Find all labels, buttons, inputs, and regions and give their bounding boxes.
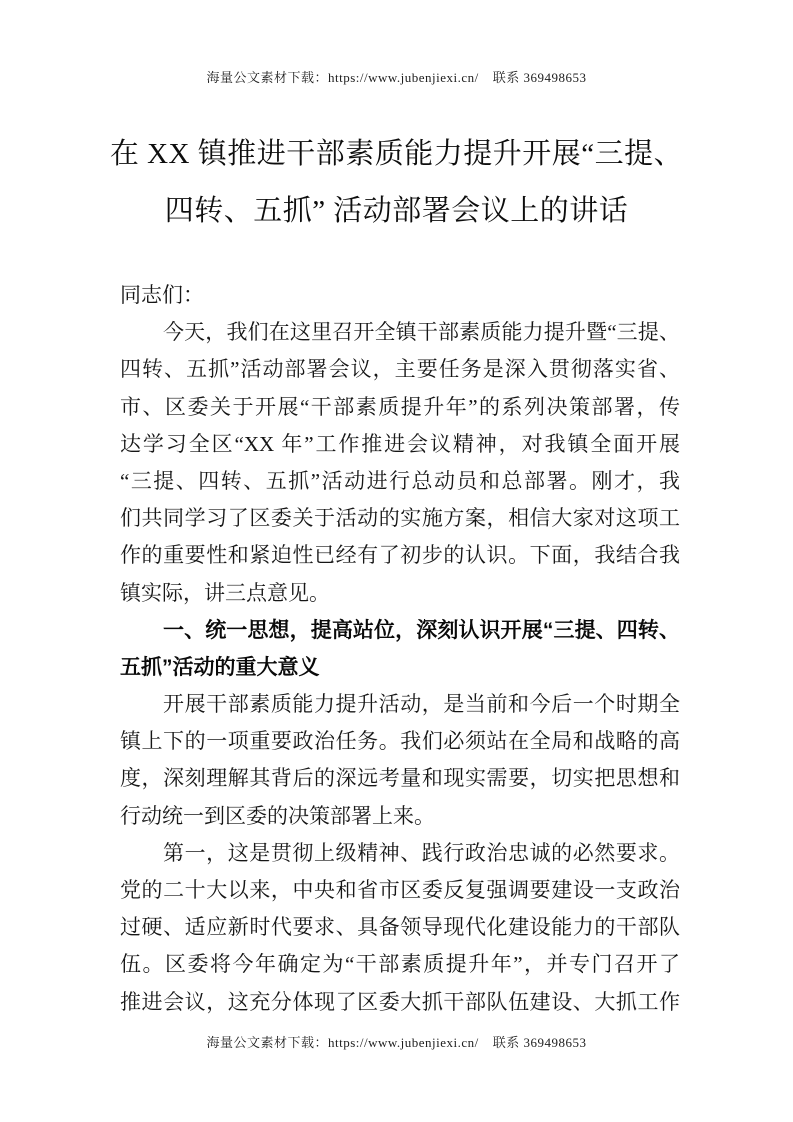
footer-source-label: 海量公文素材下载： xyxy=(206,1035,328,1050)
body-text-line: 达学习全区“XX 年”工作推进会议精神，对我镇全面开展 xyxy=(120,426,680,463)
footer-url[interactable]: https://www.jubenjiexi.cn/ xyxy=(328,1035,479,1050)
document-page: 海量公文素材下载：https://www.jubenjiexi.cn/联系 36… xyxy=(0,0,793,1122)
body-text-line: 四转、五抓”活动部署会议，主要任务是深入贯彻落实省、 xyxy=(120,351,680,388)
body-text-line: 开展干部素质能力提升活动，是当前和今后一个时期全 xyxy=(120,686,680,723)
body-text-line: 推进会议，这充分体现了区委大抓干部队伍建设、大抓工作 xyxy=(120,984,680,1021)
body-text-line: 市、区委关于开展“干部素质提升年”的系列决策部署，传 xyxy=(120,389,680,426)
body-text-line: 伍。区委将今年确定为“干部素质提升年”，并专门召开了 xyxy=(120,946,680,983)
footer-contact: 联系 369498653 xyxy=(493,1035,587,1050)
body-text-line: “三提、四转、五抓”活动进行总动员和总部署。刚才，我 xyxy=(120,463,680,500)
page-header: 海量公文素材下载：https://www.jubenjiexi.cn/联系 36… xyxy=(0,69,793,87)
body-text-line: 党的二十大以来，中央和省市区委反复强调要建设一支政治 xyxy=(120,872,680,909)
body-text-line: 度，深刻理解其背后的深远考量和现实需要，切实把思想和 xyxy=(120,760,680,797)
body-text-line: 镇上下的一项重要政治任务。我们必须站在全局和战略的高 xyxy=(120,723,680,760)
document-title: 在 XX 镇推进干部素质能力提升开展“三提、 四转、五抓” 活动部署会议上的讲话 xyxy=(56,126,737,240)
body-text-line: 行动统一到区委的决策部署上来。 xyxy=(120,798,680,835)
body-text-line: 作的重要性和紧迫性已经有了初步的认识。下面，我结合我 xyxy=(120,537,680,574)
body-text-line: 今天，我们在这里召开全镇干部素质能力提升暨“三提、 xyxy=(120,314,680,351)
document-title-line-2: 四转、五抓” 活动部署会议上的讲话 xyxy=(56,183,737,240)
body-text-line: 们共同学习了区委关于活动的实施方案，相信大家对这项工 xyxy=(120,500,680,537)
page-footer: 海量公文素材下载：https://www.jubenjiexi.cn/联系 36… xyxy=(0,1034,793,1052)
body-text-line: 第一，这是贯彻上级精神、践行政治忠诚的必然要求。 xyxy=(120,835,680,872)
document-title-line-1: 在 XX 镇推进干部素质能力提升开展“三提、 xyxy=(56,126,737,183)
section-heading-line: 一、统一思想，提高站位，深刻认识开展“三提、四转、 xyxy=(120,612,680,649)
body-text-line: 镇实际，讲三点意见。 xyxy=(120,575,680,612)
header-contact: 联系 369498653 xyxy=(493,70,587,85)
body-text-line: 过硬、适应新时代要求、具备领导现代化建设能力的干部队 xyxy=(120,909,680,946)
body-text-line: 同志们： xyxy=(120,277,680,314)
header-source-label: 海量公文素材下载： xyxy=(206,70,328,85)
document-body: 同志们：今天，我们在这里召开全镇干部素质能力提升暨“三提、四转、五抓”活动部署会… xyxy=(120,277,680,1021)
header-url[interactable]: https://www.jubenjiexi.cn/ xyxy=(328,70,479,85)
section-heading-line: 五抓”活动的重大意义 xyxy=(120,649,680,686)
